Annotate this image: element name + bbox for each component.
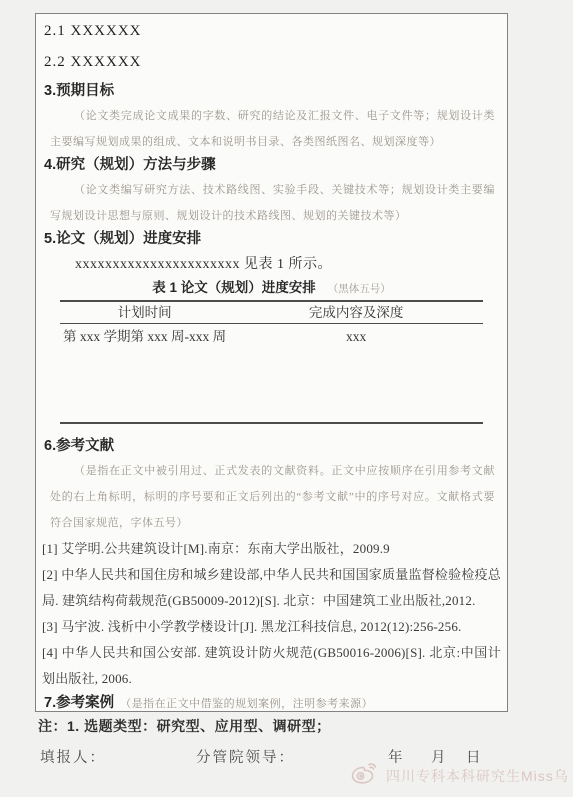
reference-item-4: [4] 中华人民共和国公安部. 建筑设计防火规范(GB50016-2006)[S…	[42, 640, 501, 692]
progress-table-header-row: 计划时间 完成内容及深度	[60, 302, 483, 324]
reference-text: 中华人民共和国公安部. 建筑设计防火规范(GB50016-2006)[S]. 北…	[42, 645, 501, 686]
heading-reference-cases: 7.参考案例	[44, 693, 114, 712]
leader-label: 分管院领导：	[196, 746, 295, 767]
reference-text: 马宇波. 浅析中小学教学楼设计[J]. 黑龙江科技信息, 2012(12):25…	[61, 619, 461, 634]
filler-label: 填报人：	[40, 746, 106, 767]
table-row: 第 xxx 学期第 xxx 周-xxx 周 xxx	[60, 324, 483, 350]
progress-table: 计划时间 完成内容及深度 第 xxx 学期第 xxx 周-xxx 周 xxx	[60, 300, 483, 424]
reference-item-3: [3] 马宇波. 浅析中小学教学楼设计[J]. 黑龙江科技信息, 2012(12…	[42, 614, 501, 640]
heading-reference-cases-row: 7.参考案例 （是指在正文中借鉴的规划案例，注明参考来源）	[42, 693, 501, 712]
reference-label: [2]	[42, 567, 58, 582]
heading-progress-schedule: 5.论文（规划）进度安排	[44, 229, 501, 249]
weibo-icon	[350, 759, 378, 785]
reference-item-2: [2] 中华人民共和国住房和城乡建设部,中华人民共和国国家质量监督检验检疫总局.…	[42, 562, 501, 614]
reference-text: 艾学明.公共建筑设计[M].南京：东南大学出版社，2009.9	[61, 541, 390, 556]
reference-text: 中华人民共和国住房和城乡建设部,中华人民共和国国家质量监督检验检疫总局. 建筑结…	[42, 567, 501, 608]
watermark: 四川专科本科研究生Miss乌	[350, 758, 569, 786]
methods-steps-note: （论文类编写研究方法、技术路线图、实验手段、关键技术等；规划设计类主要编写规划设…	[42, 177, 501, 229]
table-caption-font-note: （黑体五号）	[328, 284, 391, 295]
reference-item-1: [1] 艾学明.公共建筑设计[M].南京：东南大学出版社，2009.9	[42, 536, 501, 562]
reference-label: [1]	[42, 541, 58, 556]
cell-planned-time: 第 xxx 学期第 xxx 周-xxx 周	[60, 324, 229, 350]
heading-2-1: 2.1 XXXXXX	[44, 21, 501, 41]
scanned-form-page: 2.1 XXXXXX 2.2 XXXXXX 3.预期目标 （论文类完成论文成果的…	[0, 0, 573, 797]
table-caption: 表 1 论文（规划）进度安排 （黑体五号）	[42, 278, 501, 300]
expected-goals-note: （论文类完成论文成果的字数、研究的结论及汇报文件、电子文件等；规划设计类主要编写…	[42, 103, 501, 155]
watermark-text: 四川专科本科研究生Miss乌	[386, 766, 569, 786]
heading-2-2: 2.2 XXXXXX	[44, 52, 501, 72]
reference-cases-note: （是指在正文中借鉴的规划案例，注明参考来源）	[120, 695, 373, 711]
reference-label: [4]	[42, 645, 58, 660]
column-header-content-depth: 完成内容及深度	[229, 302, 483, 323]
table-empty-area	[60, 350, 483, 422]
references-note: （是指在正文中被引用过、正式发表的文献资料。正文中应按顺序在引用参考文献处的右上…	[42, 458, 501, 536]
reference-label: [3]	[42, 619, 58, 634]
form-border-box: 2.1 XXXXXX 2.2 XXXXXX 3.预期目标 （论文类完成论文成果的…	[35, 13, 508, 712]
heading-references: 6.参考文献	[44, 436, 501, 456]
progress-intro-text: xxxxxxxxxxxxxxxxxxxxxx 见表 1 所示。	[42, 254, 501, 276]
heading-expected-goals: 3.预期目标	[44, 81, 501, 101]
heading-methods-steps: 4.研究（规划）方法与步骤	[44, 155, 501, 175]
column-header-planned-time: 计划时间	[60, 302, 229, 323]
footnote-topic-types: 注：1. 选题类型：研究型、应用型、调研型；	[38, 716, 331, 736]
cell-content-depth: xxx	[229, 324, 483, 350]
table-caption-text: 表 1 论文（规划）进度安排	[152, 280, 316, 295]
